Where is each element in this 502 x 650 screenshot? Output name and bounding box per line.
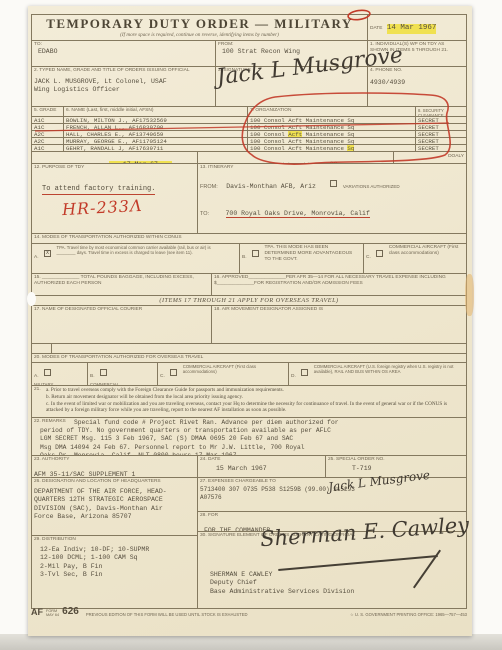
table-row: A2C HALL, CHARLES E., AF13740659 100 Con…: [32, 131, 466, 138]
item22-label: 22. REMARKS: [34, 419, 66, 424]
roster-name: FRENCH, ALLAN L., AF16839700: [64, 124, 248, 130]
item14b-box: B. TPA. THIS MODE HAS BEEN DETERMINED MO…: [240, 244, 364, 273]
clearance-header: 8. SECURITY CLEARANCE: [416, 107, 466, 116]
order-date: 15 March 1967: [200, 465, 323, 473]
issuing-name-line1: JACK L. MUSGROVE, Lt Colonel, USAF: [34, 78, 213, 86]
item14a-text: TPA. Travel time by most economical comm…: [56, 245, 226, 256]
item14c-letter: C.: [366, 255, 371, 260]
variations-label: VARIATIONS AUTHORIZED: [343, 184, 400, 189]
item1-box: 1. INDIVIDUAL(S) WP ON TDY AS SHOWN IN I…: [368, 41, 466, 66]
item26-box: 26. DESIGNATION AND LOCATION OF HEADQUAR…: [32, 478, 198, 536]
first-class-checkbox: [170, 369, 177, 376]
hq-line: DIVISION (SAC), Davis-Monthan Air: [34, 505, 196, 513]
item20d-letter: D.: [291, 374, 296, 379]
special-order-no: T-719: [328, 465, 464, 473]
item12-label: 12. PURPOSE OF TDY: [34, 165, 195, 171]
commercial-aircraft-checkbox: [376, 250, 383, 257]
item28-label: 28. FOR: [200, 513, 464, 519]
days-value: 20: [330, 161, 338, 163]
roster-name: GEHRT, RANDALL J, AF17639711: [64, 145, 248, 151]
authenticating-title: Deputy Chief: [200, 579, 464, 587]
item28-box: 28. FOR FOR THE COMMANDER: [198, 512, 466, 532]
item19-box: PROPER THEATER CLEARANCES HAVE BEEN OBTA…: [52, 344, 466, 353]
phone-value: 4930/4939: [370, 79, 464, 87]
roster-clearance: SECRET: [416, 145, 466, 151]
roster-grade: A2C: [32, 131, 64, 137]
item24-box: 24. DATE 15 March 1967: [198, 456, 326, 477]
item27-label: 27. EXPENSES CHARGEABLE TO: [200, 479, 464, 485]
item17-label: 17. NAME OF DESIGNATED OFFICIAL COURIER: [34, 307, 209, 313]
distribution-line: 12-Ea Indiv; 10-DF; 10-SUPMR: [34, 546, 196, 554]
roster-name: HALL, CHARLES E., AF13740659: [64, 131, 248, 137]
roster-clearance: SECRET: [416, 117, 466, 123]
hq-line: QUARTERS 12TH STRATEGIC AEROSPACE: [34, 496, 196, 504]
remarks-line: period of TDY. No government quarters or…: [34, 427, 464, 435]
to-value: EDABO: [34, 48, 213, 56]
date-value: 14 Mar 1967: [387, 24, 437, 34]
roster-org: 100 Consol Acft Maintenance Sq: [248, 131, 416, 137]
item20b-letter: B.: [90, 374, 95, 379]
remarks-line: Special fund code # Project Rivet Ran. A…: [34, 419, 464, 427]
roster-name: MURRAY, GEORGE E., AF11705124: [64, 138, 248, 144]
roster-org: 100 Consol Acft Maintenance Sq: [248, 124, 416, 130]
roster-grade: A1C: [32, 117, 64, 123]
roster-clearance: SECRET: [416, 124, 466, 130]
item1-text: 1. INDIVIDUAL(S) WP ON TDY AS SHOWN IN I…: [370, 42, 464, 54]
item14a-box: A. X TPA. Travel time by most economical…: [32, 244, 240, 273]
distribution-line: 12-100 DCML; 1-100 CAM Sq: [34, 554, 196, 562]
item24-label: 24. DATE: [200, 457, 323, 463]
form-footer: AF FORM MAY 64 626 PREVIOUS EDITION OF T…: [31, 606, 467, 617]
form-title: TEMPORARY DUTY ORDER — MILITARY: [34, 16, 365, 32]
tpa-checkbox-checked: X: [44, 250, 51, 257]
item15-text: 15. ______________ TOTAL POUNDS BAGGAGE,…: [34, 275, 209, 287]
item21-box: 21. a. Prior to travel overseas comply w…: [32, 386, 466, 417]
itinerary-from-value: Davis-Monthan AFB, Ariz: [226, 183, 316, 190]
name-header: 6. NAME (Last, first, middle initial, AF…: [64, 107, 248, 116]
item29-label: 29. DISTRIBUTION: [34, 537, 196, 543]
form-prefix: AF: [31, 607, 43, 617]
from-box: FROM: 100 Strat Recon Wing: [216, 41, 368, 66]
roster-grade: A1C: [32, 145, 64, 151]
item21c-text: c. In the event of limited war or mobili…: [34, 401, 464, 415]
gpo-note: ☆ U. S. GOVERNMENT PRINTING OFFICE: 1965…: [350, 612, 467, 617]
table-row: A1C BOWLIN, MILTON J., AF17532569 100 Co…: [32, 117, 466, 124]
handwritten-annotation: HR-233Λ: [62, 196, 143, 219]
item3-box: 3. SIGNATURE: [216, 67, 368, 106]
item15-box: 15. ______________ TOTAL POUNDS BAGGAGE,…: [32, 274, 212, 295]
item14-header-box: 14. MODES OF TRANSPORTATION AUTHORIZED W…: [32, 234, 466, 243]
item21a-text: a. Prior to travel overseas comply with …: [34, 387, 464, 394]
date-box: DATE 14 Mar 1967: [368, 15, 466, 40]
roster-org: 100 Consol Acft Maintenance Sq: [248, 117, 416, 123]
item14-header: 14. MODES OF TRANSPORTATION AUTHORIZED W…: [34, 235, 464, 241]
item16-box: 16. APPROVED______________PER AFR 35—14 …: [212, 274, 466, 295]
item3-label: 3. SIGNATURE: [218, 68, 365, 74]
item30-label: 30. SIGNATURE ELEMENT OF ORDERS AUTHENTI…: [200, 533, 464, 539]
item21b-text: b. Return air movement designator will b…: [34, 394, 464, 401]
item2-box: 2. TYPED NAME, GRADE AND TITLE OF ORDERS…: [32, 67, 216, 106]
item14c-box: C. COMMERCIAL AIRCRAFT (First class acco…: [364, 244, 466, 273]
grade-header: 5. GRADE: [32, 107, 64, 116]
item14b-text: TPA. THIS MODE HAS BEEN DETERMINED MORE …: [264, 245, 359, 263]
item20-header: 20. MODES OF TRANSPORTATION AUTHORIZED F…: [34, 355, 464, 361]
item20a-box: A. MILITARY AIRCRAFT: [32, 363, 88, 385]
roster-name: BOWLIN, MILTON J., AF17532569: [64, 117, 248, 123]
item20c-letter: C.: [160, 374, 165, 379]
item18-label: 18. AIR MOVEMENT DESIGNATOR ASSIGNED IS: [214, 307, 464, 313]
table-row: A1C GEHRT, RANDALL J, AF17639711 100 Con…: [32, 145, 466, 152]
paper-hole: [27, 292, 36, 306]
item19-num-box: 19.: [32, 344, 52, 353]
item14c-text: COMMERCIAL AIRCRAFT (First class accommo…: [389, 245, 464, 257]
roster-clearance: SECRET: [416, 131, 466, 137]
military-aircraft-checkbox: [44, 369, 51, 376]
form-title-box: TEMPORARY DUTY ORDER — MILITARY (If more…: [32, 15, 368, 40]
itinerary-to-label: TO:: [200, 211, 209, 217]
item20d-box: D. COMMERCIAL AIRCRAFT (U.S. foreign reg…: [289, 363, 466, 385]
item25-label: 25. SPECIAL ORDER NO.: [328, 457, 464, 463]
org-header: 7. ORGANIZATION: [248, 107, 416, 116]
itinerary-to-value: 700 Royal Oaks Drive, Monrovia, Calif: [226, 210, 370, 218]
footer-note: PREVIOUS EDITION OF THIS FORM WILL BE US…: [86, 612, 248, 617]
foreign-registry-checkbox: [301, 369, 308, 376]
item13-box: 13. ITINERARY FROM: Davis-Monthan AFB, A…: [198, 164, 466, 233]
item4-label: 4. PHONE NO.: [370, 68, 464, 74]
issuing-name-line2: Wing Logistics Officer: [34, 86, 213, 94]
distribution-line: 2-Mil Pay, B Fin: [34, 563, 196, 571]
item10-box: 10. APPROXIMATE NO. OF DAYS (include tra…: [198, 152, 394, 163]
item14a-letter: A.: [34, 255, 39, 260]
remarks-line: LGM SECRET Msg. 115 3 Feb 1967, SAC (S) …: [34, 435, 464, 443]
form-paper: TEMPORARY DUTY ORDER — MILITARY (If more…: [28, 6, 472, 636]
form-date: MAY 64: [46, 613, 59, 617]
remarks-line: Oaks Dr, Monrovia, Calif, NLT 0800 hours…: [34, 452, 464, 455]
item14b-letter: B.: [242, 255, 247, 260]
overseas-section-bar: (ITEMS 17 THROUGH 21 APPLY FOR OVERSEAS …: [32, 296, 466, 305]
variations-checkbox: [330, 180, 337, 187]
item26-label: 26. DESIGNATION AND LOCATION OF HEADQUAR…: [34, 479, 196, 485]
item2-label: 2. TYPED NAME, GRADE AND TITLE OF ORDERS…: [34, 68, 213, 74]
item9-box: 9. EFFECTIVE ON OR ABOUT 17 Mar 67: [32, 152, 198, 163]
from-value: 100 Strat Recon Wing: [218, 48, 365, 56]
item20c-box: C. COMMERCIAL AIRCRAFT (First class acco…: [158, 363, 289, 385]
form-subtitle: (If more space is required, continue on …: [34, 32, 365, 38]
roster-grade: A2C: [32, 138, 64, 144]
item18-box: 18. AIR MOVEMENT DESIGNATOR ASSIGNED IS: [212, 306, 466, 343]
item11-box: 11. DOALY: [394, 152, 466, 163]
scanner-edge: [0, 634, 502, 650]
item20a-letter: A.: [34, 374, 39, 379]
hq-line: DEPARTMENT OF THE AIR FORCE, HEAD-: [34, 488, 196, 496]
item20-header-box: 20. MODES OF TRANSPORTATION AUTHORIZED F…: [32, 354, 466, 362]
item4-box: 4. PHONE NO. 4930/4939: [368, 67, 466, 106]
item23-label: 23. AUTHORITY: [34, 457, 195, 463]
expenses-line1: 5713400 307 0735 P538 S1259B (99.00) 215…: [200, 486, 464, 494]
expenses-line2: A07576: [200, 494, 464, 502]
item13-label: 13. ITINERARY: [200, 165, 464, 171]
distribution-line: 3-Tvl Sec, B Fin: [34, 571, 196, 579]
commercial-aircraft-os-checkbox: [100, 369, 107, 376]
item20d-text: COMMERCIAL AIRCRAFT (U.S. foreign regist…: [314, 364, 464, 375]
authenticating-org: Base Administrative Services Division: [200, 588, 464, 596]
table-row: A2C MURRAY, GEORGE E., AF11705124 100 Co…: [32, 138, 466, 145]
authority-value: AFM 35-11/SAC SUPPLEMENT 1: [34, 471, 135, 477]
item11-value: DOALY: [448, 154, 464, 159]
item23-box: 23. AUTHORITY AFM 35-11/SAC SUPPLEMENT 1: [32, 456, 198, 477]
itinerary-from-label: FROM:: [200, 184, 218, 190]
roster-clearance: SECRET: [416, 138, 466, 144]
item21-num: 21.: [34, 387, 41, 392]
form-grid: TEMPORARY DUTY ORDER — MILITARY (If more…: [31, 14, 467, 609]
to-box: TO: EDABO: [32, 41, 216, 66]
roster-grade: A1C: [32, 124, 64, 130]
roster-org: 100 Consol Acft Maintenance Sq: [248, 145, 416, 151]
item25-box: 25. SPECIAL ORDER NO. T-719: [326, 456, 466, 477]
item20c-text: COMMERCIAL AIRCRAFT (First class accommo…: [183, 364, 283, 375]
hq-line: Force Base, Arizona 85707: [34, 513, 196, 521]
item27-box: 27. EXPENSES CHARGEABLE TO 5713400 307 0…: [198, 478, 466, 512]
roster-org: 100 Consol Acft Maintenance Sq: [248, 138, 416, 144]
table-row: A1C FRENCH, ALLAN L., AF16839700 100 Con…: [32, 124, 466, 131]
item20b-box: B. COMMERCIAL AIRCRAFT: [88, 363, 158, 385]
item16-text: 16. APPROVED______________PER AFR 35—14 …: [214, 275, 464, 287]
tpa-advantageous-checkbox: [252, 250, 259, 257]
paper-smudge: [465, 274, 474, 316]
item20a-text: MILITARY AIRCRAFT: [34, 382, 66, 385]
purpose-text: To attend factory training.: [42, 185, 155, 195]
item12-box: 12. PURPOSE OF TDY To attend factory tra…: [32, 164, 198, 233]
item22-box: 22. REMARKS Special fund code # Project …: [32, 418, 466, 455]
item29-box: 29. DISTRIBUTION 12-Ea Indiv; 10-DF; 10-…: [32, 536, 198, 608]
item17-box: 17. NAME OF DESIGNATED OFFICIAL COURIER: [32, 306, 212, 343]
form-number: 626: [62, 606, 79, 617]
item20b-text: COMMERCIAL AIRCRAFT: [90, 382, 135, 385]
remarks-line: Msg DMA 14094 24 Feb 67. Personnel repor…: [34, 444, 464, 452]
date-label: DATE: [370, 26, 382, 31]
effective-date: 17 Mar 67: [109, 161, 172, 163]
